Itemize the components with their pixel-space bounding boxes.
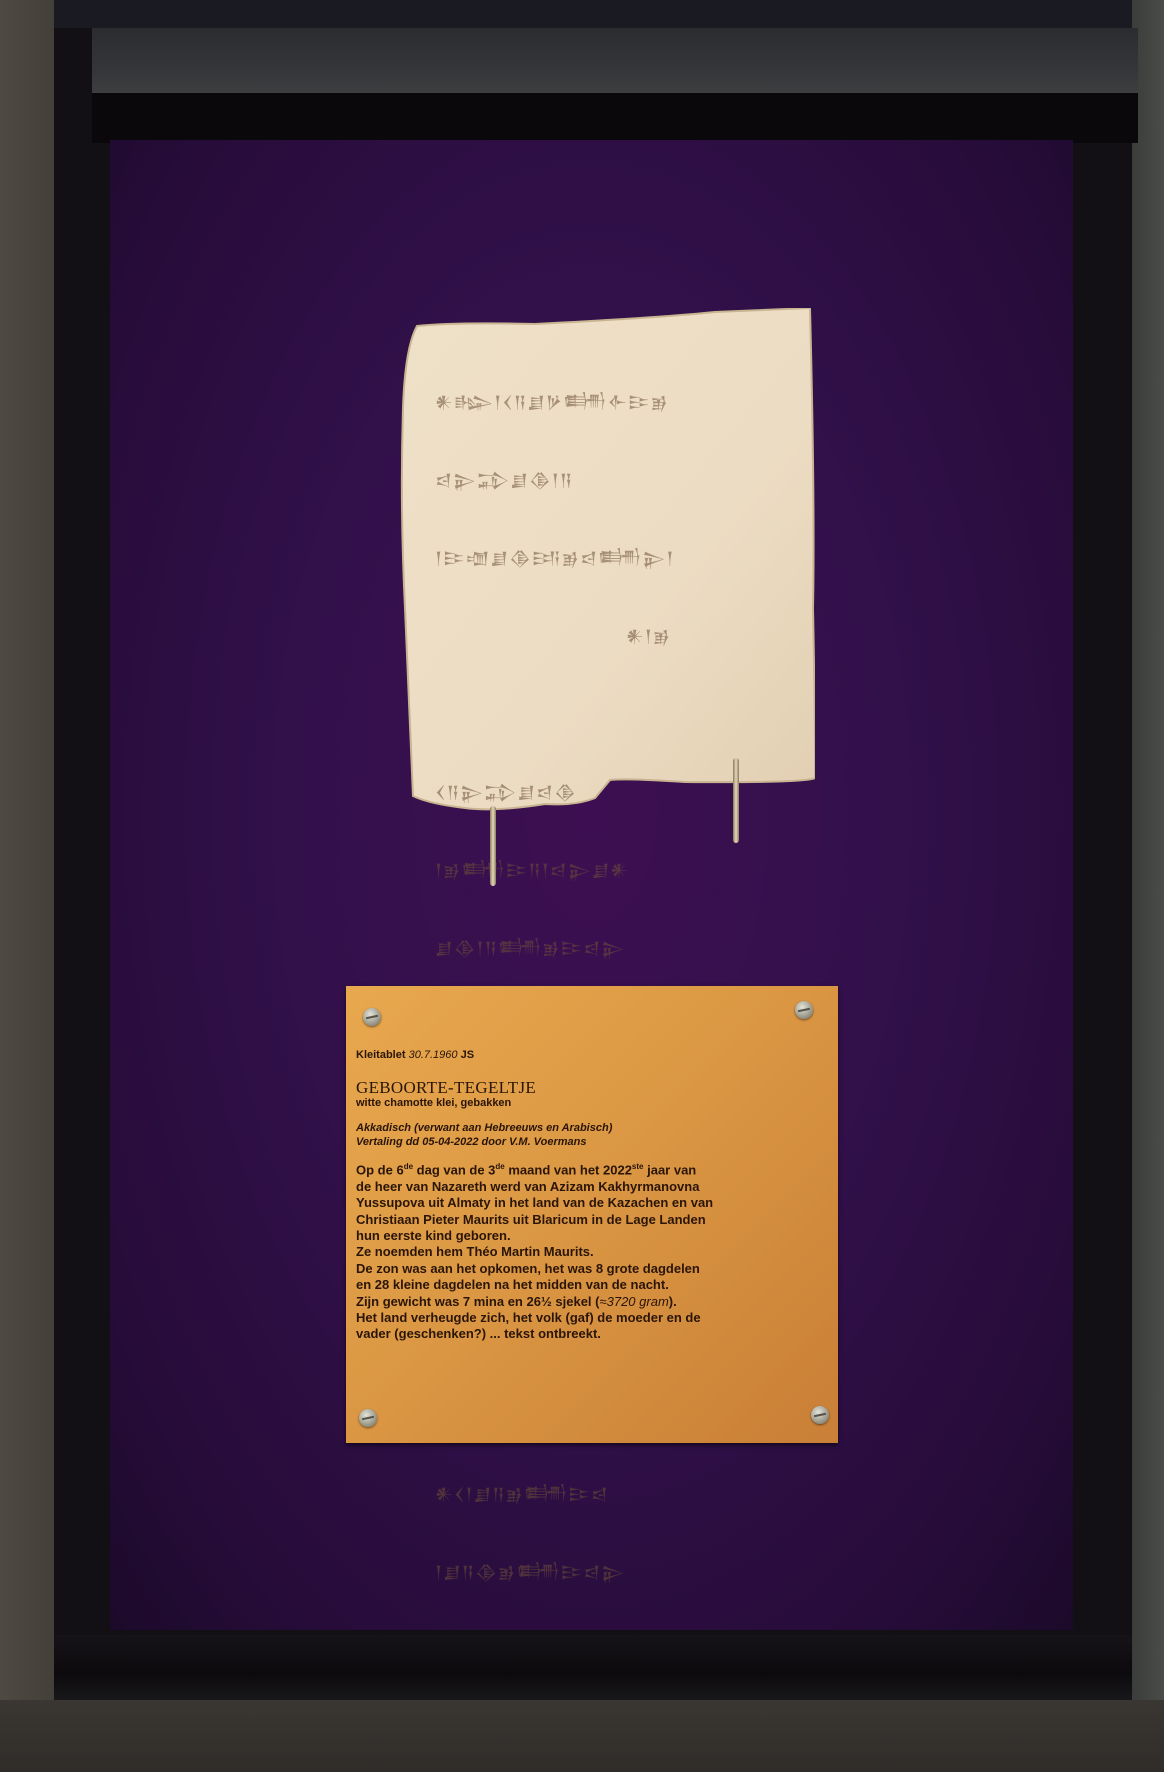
ordinal: de: [404, 1162, 413, 1171]
glyph-line: 𒀭𒈗𒁹𒌋𒀀𒋗𒃻𒌦𒅆𒄿𒂊: [435, 390, 785, 416]
glyph-line: 𒀭𒁹𒂊: [435, 624, 785, 650]
clay-tablet: 𒀭𒈗𒁹𒌋𒀀𒋗𒃻𒌦𒅆𒄿𒂊 𒁀𒉌𒁉𒋗𒆠𒁹𒀀 𒁹𒄿𒌝𒋗𒆠𒅀𒂊𒁀𒌦𒉌𒁹 𒀭𒁹𒂊 𒌋𒀀𒉌𒁉…: [395, 308, 815, 880]
ordinal: ste: [632, 1162, 644, 1171]
body-line: Het land verheugde zich, het volk (gaf) …: [356, 1310, 826, 1326]
catalog-initials: JS: [461, 1049, 474, 1061]
frame-top-lip: [54, 0, 1132, 28]
body-line: Op de 6de dag van de 3de maand van het 2…: [356, 1159, 826, 1179]
frame-inner-shadow: [92, 93, 1138, 143]
glyph-line: 𒁹𒄿𒌝𒋗𒆠𒅀𒂊𒁀𒌦𒉌𒁹: [435, 546, 785, 572]
weight-grams: ≈3720 gram: [599, 1294, 668, 1309]
text: ).: [669, 1294, 677, 1309]
language-line: Akkadisch (verwant aan Hebreeuws en Arab…: [356, 1121, 826, 1135]
body-line: De zon was aan het opkomen, het was 8 gr…: [356, 1261, 826, 1277]
body-line: Yussupova uit Almaty in het land van de …: [356, 1195, 826, 1211]
plaque-title: GEBOORTE-TEGELTJE: [356, 1079, 826, 1097]
tablet-support-hook-left: [490, 806, 496, 886]
wall-right: [1132, 0, 1164, 1772]
glyph-line: [435, 702, 785, 728]
glyph-line: 𒁀𒉌𒁉𒋗𒆠𒁹𒀀: [435, 468, 785, 494]
catalog-label: Kleitablet: [356, 1049, 406, 1061]
translation-line: Vertaling dd 05-04-2022 door V.M. Voerma…: [356, 1135, 826, 1149]
shelf-surface: [0, 1700, 1164, 1772]
glyph-line: 𒁹𒂊𒌦𒄿𒀀𒁹𒁀𒉌𒋗𒀭: [435, 858, 785, 884]
screw-icon: [811, 1406, 829, 1424]
plaque-text: Kleitablet 30.7.1960 JS GEBOORTE-TEGELTJ…: [356, 1049, 826, 1343]
text: Op de 6: [356, 1162, 404, 1177]
brass-plaque: Kleitablet 30.7.1960 JS GEBOORTE-TEGELTJ…: [346, 986, 838, 1443]
screw-icon: [359, 1409, 377, 1427]
plaque-subtitle: witte chamotte klei, gebakken: [356, 1097, 826, 1109]
body-line: vader (geschenken?) ... tekst ontbreekt.: [356, 1326, 826, 1342]
screw-icon: [363, 1008, 381, 1026]
catalog-date: 30.7.1960: [409, 1049, 458, 1061]
body-line: en 28 kleine dagdelen na het midden van …: [356, 1277, 826, 1293]
text: Zijn gewicht was 7 mina en 26½ sjekel (: [356, 1294, 599, 1309]
wall-left: [0, 0, 54, 1772]
frame-top-rail: [92, 28, 1138, 96]
catalog-line: Kleitablet 30.7.1960 JS: [356, 1049, 826, 1061]
glyph-line: 𒀭𒌋𒁹𒋗𒀀𒂊𒌦𒄿𒁀: [435, 1482, 785, 1508]
glyph-line: 𒁹𒋗𒀀𒆠𒂊𒌦𒄿𒁀𒉌: [435, 1560, 785, 1586]
text: jaar van: [643, 1162, 696, 1177]
body-line: hun eerste kind geboren.: [356, 1228, 826, 1244]
body-line: Christiaan Pieter Maurits uit Blaricum i…: [356, 1212, 826, 1228]
body-line: de heer van Nazareth werd van Azizam Kak…: [356, 1179, 826, 1195]
body-line: Ze noemden hem Théo Martin Maurits.: [356, 1244, 826, 1260]
plaque-body: Op de 6de dag van de 3de maand van het 2…: [356, 1159, 826, 1343]
text: dag van de 3: [413, 1162, 495, 1177]
language-block: Akkadisch (verwant aan Hebreeuws en Arab…: [356, 1121, 826, 1149]
glyph-line: 𒋗𒆠𒁹𒀀𒌦𒂊𒄿𒁀𒉌: [435, 936, 785, 962]
frame-bottom-rail: [54, 1635, 1132, 1700]
text: maand van het 2022: [505, 1162, 632, 1177]
body-line: Zijn gewicht was 7 mina en 26½ sjekel (≈…: [356, 1294, 826, 1310]
ordinal: de: [495, 1162, 504, 1171]
screw-icon: [795, 1001, 813, 1019]
tablet-support-hook-right: [733, 758, 739, 843]
